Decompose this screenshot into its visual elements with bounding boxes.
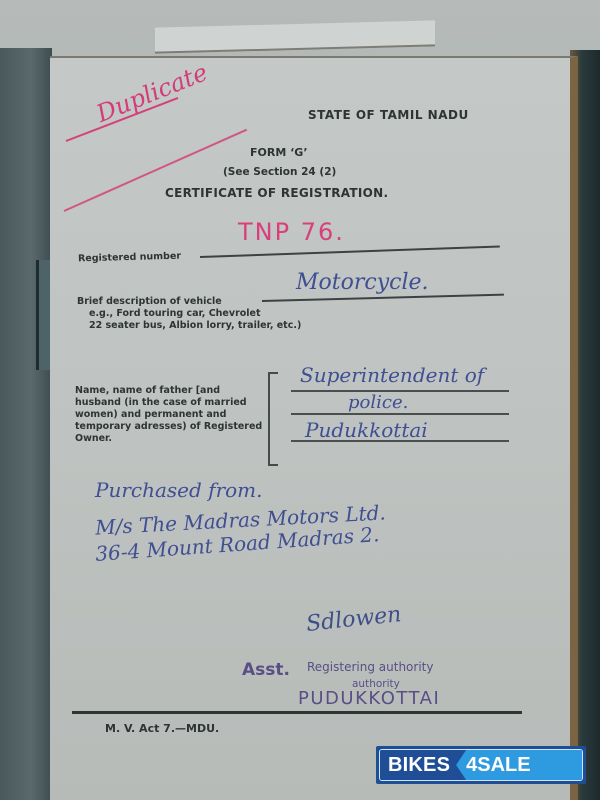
state-heading: STATE OF TAMIL NADU (308, 108, 469, 122)
watermark-right: 4SALE (456, 750, 582, 780)
footer-act-reference: M. V. Act 7.—MDU. (105, 722, 219, 735)
section-reference: (See Section 24 (2) (223, 166, 336, 178)
vehicle-description-label-line: 22 seater bus, Albion lorry, trailer, et… (77, 320, 301, 332)
form-label: FORM ‘G’ (250, 146, 308, 159)
bikes4sale-watermark: BIKES 4SALE (376, 746, 586, 784)
watermark-frame: BIKES 4SALE (379, 749, 583, 781)
owner-value-line: police. (348, 392, 408, 413)
owner-value-line: Pudukkottai (305, 418, 428, 442)
purchase-note-line: Purchased from. (95, 478, 263, 502)
vehicle-description-label-line: e.g., Ford touring car, Chevrolet (77, 308, 301, 320)
watermark-left: BIKES (380, 750, 456, 780)
footer-rule (72, 711, 522, 714)
booklet-cover-left (0, 48, 52, 800)
watermark-right-text: 4SALE (466, 754, 530, 777)
owner-brace (268, 372, 278, 466)
stamp-prefix: Asst. (242, 660, 290, 680)
registered-number-value: TNP 76. (238, 218, 345, 246)
owner-rule-2 (291, 413, 509, 415)
stamp-place: PUDUKKOTTAI (298, 688, 440, 709)
certificate-title: CERTIFICATE OF REGISTRATION. (165, 186, 388, 200)
owner-label: Name, name of father [and husband (in th… (75, 385, 265, 445)
stamp-title: Registering authority (307, 660, 433, 674)
vehicle-description-value: Motorcycle. (296, 270, 429, 295)
vehicle-description-label-line: Brief description of vehicle (77, 296, 301, 308)
owner-value-line: Superintendent of (300, 363, 484, 387)
